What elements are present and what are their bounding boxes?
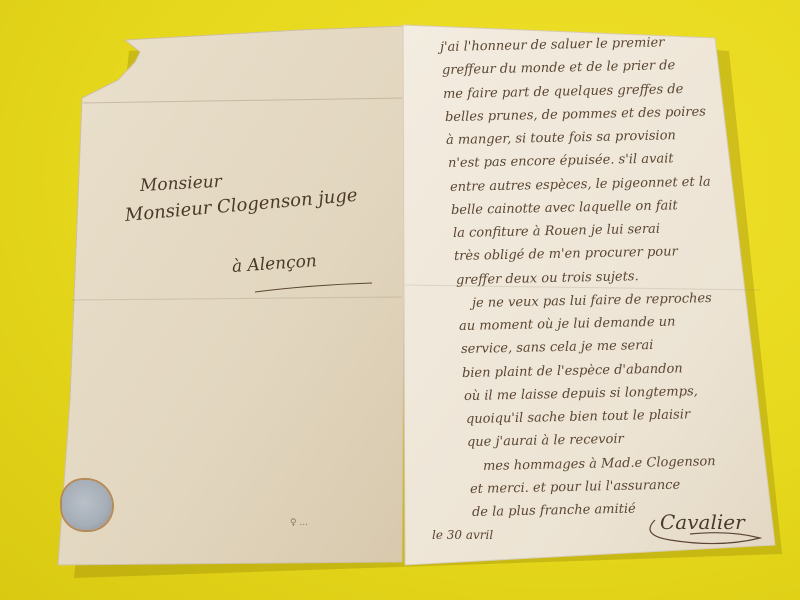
letter-line: greffer deux ou trois sujets. [456,269,639,288]
postmark: ♀ ... [290,518,308,528]
left-page-shape [58,26,406,565]
wax-seal-remnant [62,480,112,530]
signature: Cavalier [660,510,745,534]
letter-date: le 30 avril [432,528,493,542]
address-line-1: Monsieur [139,172,222,196]
